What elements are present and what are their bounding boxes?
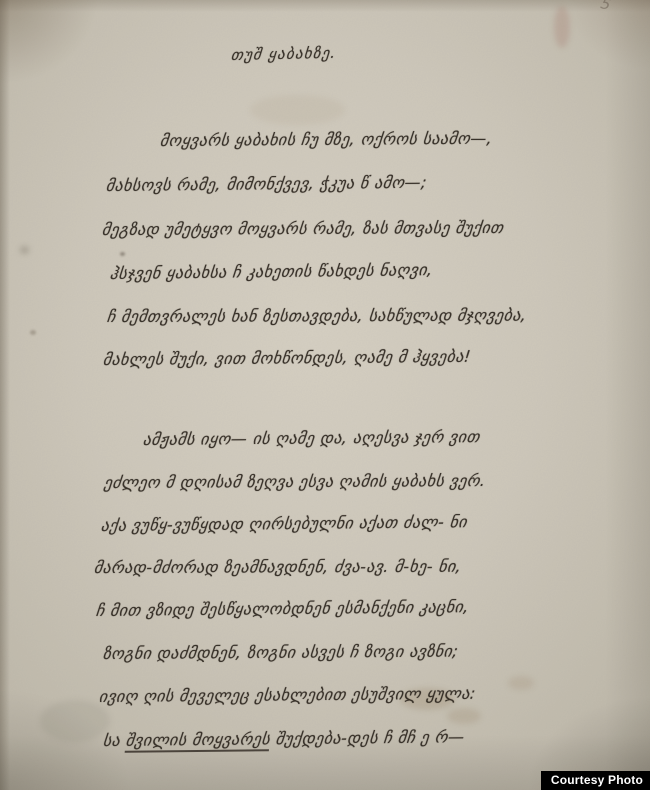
manuscript-line: ეძლეო მ დღისამ ზეღვა ესვა ღამის ყაბახს ვ… xyxy=(103,471,487,492)
last-line-underlined-phrase: შვილის მოყვარეს xyxy=(124,729,271,753)
manuscript-line: ივიღ ღის მეველეც ესახლებით ესუშვილ ყულა: xyxy=(98,684,477,706)
manuscript-line: აქა ვუწყ-ვუწყდად ღირსებულნი აქათ ძალ- ნი xyxy=(100,512,468,535)
manuscript-line: ჩ მით ვზიდე შესწყალობდნენ ესმანქენი კაცნ… xyxy=(95,597,470,620)
handwriting-layer: თუშ ყაბახზე. მოყვარს ყაბახის ჩუ მზე, ოქრ… xyxy=(0,0,650,790)
manuscript-line: მოყვარს ყაბახის ჩუ მზე, ოქროს საამო—, xyxy=(159,129,494,150)
manuscript-line: ამჟამს იყო— ის ღამე და, აღესვა ჯერ ვით xyxy=(142,427,481,449)
last-line-post: შუქდება-დეს ჩ მჩ ე რ— xyxy=(269,727,465,748)
manuscript-title: თუშ ყაბახზე. xyxy=(230,44,337,64)
manuscript-line: ჩ მემთვრალეს ხან ზესთავდება, სახწულად მჯ… xyxy=(106,306,528,326)
manuscript-line: მახლეს შუქი, ვით მოხწონდეს, ღამე მ ჰყვებ… xyxy=(102,347,472,369)
manuscript-line: მარად-მძორად ზეამნავდნენ, ძვა-ავ. მ-ხე- … xyxy=(93,557,463,577)
manuscript-line: მეგზად უმეტყვო მოყვარს რამე, ზას მთვასე … xyxy=(101,218,505,239)
last-line-pre: სა xyxy=(102,731,127,750)
courtesy-photo-badge: Courtesy Photo xyxy=(541,771,650,790)
manuscript-photo: 5 თუშ ყაბახზე. მოყვარს ყაბახის ჩუ მზე, ო… xyxy=(0,0,650,790)
manuscript-line-underlined: სა შვილის მოყვარეს შუქდება-დეს ჩ მჩ ე რ— xyxy=(102,727,466,750)
manuscript-line: ჰსჯვენ ყაბახსა ჩ კახეთის წახდეს ნაღვი, xyxy=(109,260,434,283)
manuscript-line: ზოგნი დაძმდნენ, ზოგნი ასვეს ჩ ზოგი ავზნი… xyxy=(102,642,459,663)
manuscript-line: მახსოვს რამე, მიმონქვევ, ჭკუა წ ამო—; xyxy=(105,173,428,195)
